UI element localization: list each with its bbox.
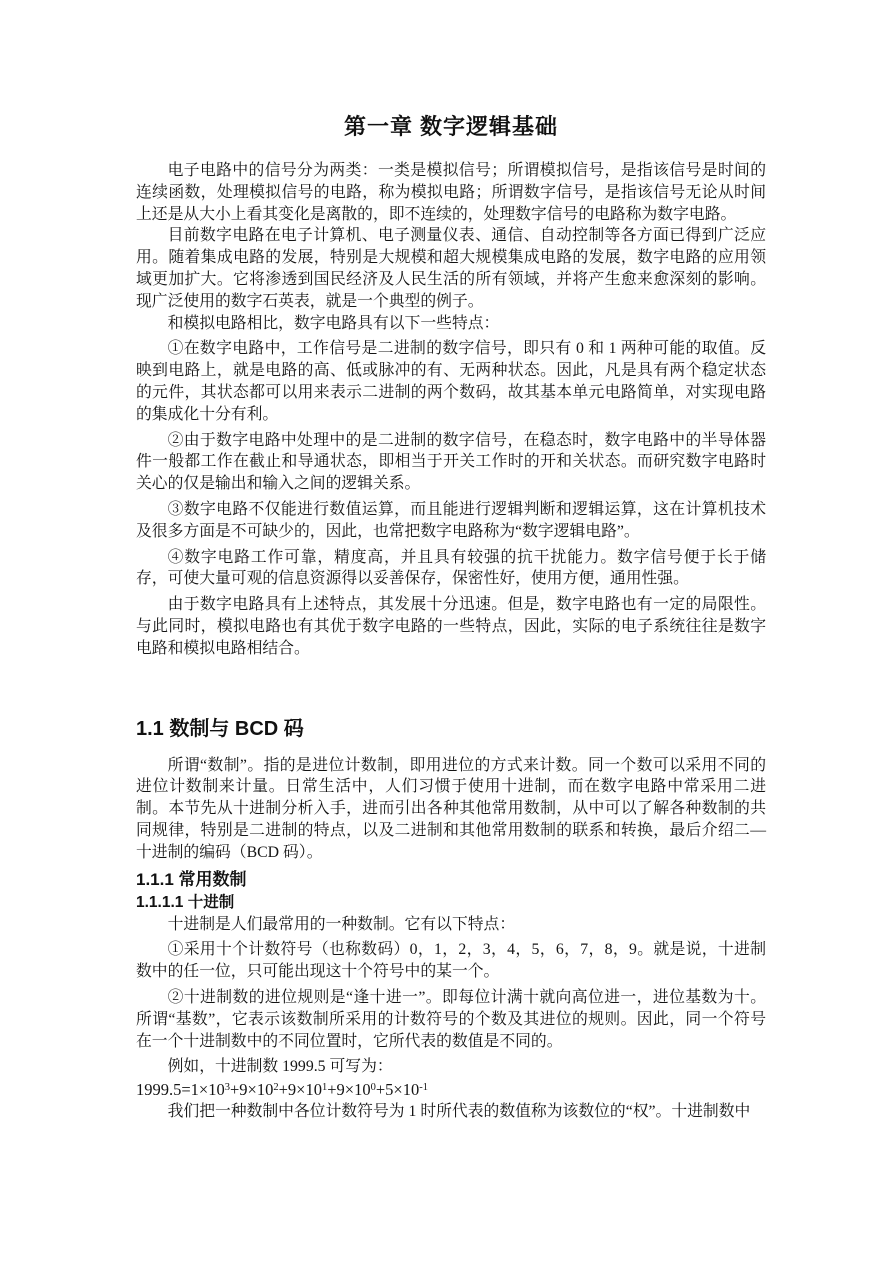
section-intro: 所谓“数制”。指的是进位计数制，即用进位的方式来计数。同一个数可以采用不同的进位… <box>136 755 766 864</box>
decimal-point: ②十进制数的进位规则是“逢十进一”。即每位计满十就向高位进一，进位基数为十。所谓… <box>136 987 766 1052</box>
chapter-title: 第一章 数字逻辑基础 <box>136 112 766 142</box>
feature-point: ④数字电路工作可靠，精度高，并且具有较强的抗干扰能力。数字信号便于长于储存，可使… <box>136 547 766 591</box>
intro-paragraph: 目前数字电路在电子计算机、电子测量仪表、通信、自动控制等各方面已得到广泛应用。随… <box>136 225 766 312</box>
decimal-intro: 十进制是人们最常用的一种数制。它有以下特点： <box>136 914 766 936</box>
decimal-point: ①采用十个计数符号（也称数码）0，1，2，3，4，5，6，7，8，9。就是说，十… <box>136 939 766 983</box>
closing-paragraph: 我们把一种数制中各位计数符号为 1 时所代表的数值称为该数位的“权”。十进制数中 <box>136 1101 766 1123</box>
example-lead: 例如，十进制数 1999.5 可写为： <box>136 1056 766 1078</box>
feature-point: ②由于数字电路中处理中的是二进制的数字信号，在稳态时，数字电路中的半导体器件一般… <box>136 430 766 495</box>
document-page: 第一章 数字逻辑基础 电子电路中的信号分为两类：一类是模拟信号；所谓模拟信号，是… <box>136 112 766 1123</box>
feature-point: ③数字电路不仅能进行数值运算，而且能进行逻辑判断和逻辑运算，这在计算机技术及很多… <box>136 499 766 543</box>
formula-line: 1999.5=1×103+9×102+9×101+9×100+5×10-1 <box>136 1079 766 1101</box>
summary-paragraph: 由于数字电路具有上述特点，其发展十分迅速。但是，数字电路也有一定的局限性。与此同… <box>136 594 766 659</box>
subsubsection-heading: 1.1.1.1 十进制 <box>136 892 766 914</box>
feature-point: ①在数字电路中，工作信号是二进制的数字信号，即只有 0 和 1 两种可能的取值。… <box>136 338 766 425</box>
subsection-heading: 1.1.1 常用数制 <box>136 869 766 891</box>
intro-paragraph: 和模拟电路相比，数字电路具有以下一些特点： <box>136 313 766 335</box>
section-heading: 1.1 数制与 BCD 码 <box>136 716 766 742</box>
intro-paragraph: 电子电路中的信号分为两类：一类是模拟信号；所谓模拟信号，是指该信号是时间的连续函… <box>136 160 766 225</box>
